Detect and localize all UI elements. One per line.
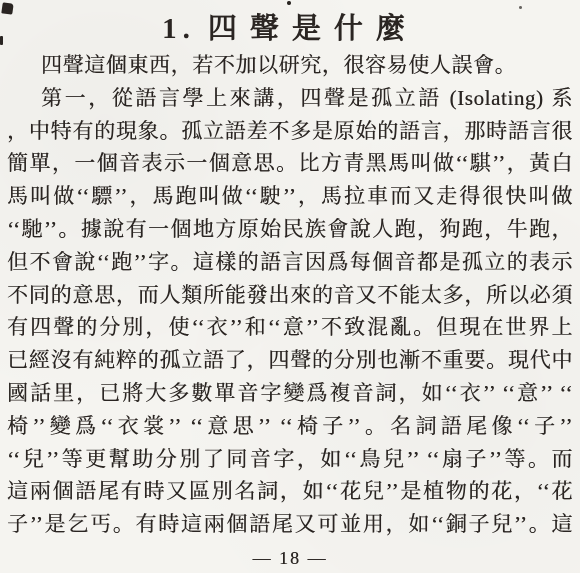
text-line: 這兩個語尾有時又區別名詞，如‘‘花兒’’是植物的花，‘‘花 [7, 475, 573, 508]
page-number: — 18 — [0, 548, 580, 569]
chapter-title-text: 四聲是什麼 [208, 13, 418, 45]
text-line: 已經沒有純粹的孤立語了，四聲的分別也漸不重要。現代中 [7, 344, 573, 377]
text-line: 簡單，一個音表示一個意思。比方青黑馬叫做‘‘騏’’，黃白 [7, 147, 573, 180]
chapter-title: 1.四聲是什麼 [0, 0, 580, 50]
scan-speck [519, 6, 522, 9]
text-line: 有四聲的分別，使‘‘衣’’和‘‘意’’不致混亂。但現在世界上 [7, 311, 573, 344]
text-line: 四聲這個東西，若不加以研究，很容易使人誤會。 [7, 49, 573, 82]
scanned-book-page: 1.四聲是什麼 四聲這個東西，若不加以研究，很容易使人誤會。 第一，從語言學上來… [0, 0, 580, 573]
text-line: 但不會說‘‘跑’’字。這樣的語言因爲每個音都是孤立的表示 [7, 246, 573, 279]
text-line: 子’’是乞丐。有時這兩個語尾又可並用，如‘‘銅子兒’’。這 [7, 508, 573, 541]
scan-speck [0, 36, 3, 45]
text-line: 不同的意思，而人類所能發出來的音又不能太多，所以必須 [7, 279, 573, 312]
text-line: 椅’’變爲‘‘衣裳’’ ‘‘意思’’ ‘‘椅子’’。名詞語尾像‘‘子’’ [7, 410, 573, 443]
scan-speck [287, 1, 291, 5]
text-line: 馬叫做‘‘驃’’，馬跑叫做‘‘駛’’，馬拉車而又走得很快叫做 [7, 180, 573, 213]
scan-speck [1, 2, 13, 14]
text-line: ，中特有的現象。孤立語差不多是原始的語言，那時語言很 [7, 115, 573, 148]
text-line: 國話里，已將大多數單音字變爲複音詞，如‘‘衣’’ ‘‘意’’ ‘‘ [7, 377, 573, 410]
text-line: ‘‘兒’’等更幫助分別了同音字，如‘‘鳥兒’’ ‘‘扇子’’等。而 [7, 443, 573, 476]
text-line: 第一，從語言學上來講，四聲是孤立語 (Isolating) 系 [7, 82, 573, 115]
text-line: ‘‘馳’’。據說有一個地方原始民族會說人跑，狗跑，牛跑， [7, 213, 573, 246]
body-text: 四聲這個東西，若不加以研究，很容易使人誤會。 第一，從語言學上來講，四聲是孤立語… [7, 49, 573, 541]
chapter-number: 1. [162, 13, 196, 45]
